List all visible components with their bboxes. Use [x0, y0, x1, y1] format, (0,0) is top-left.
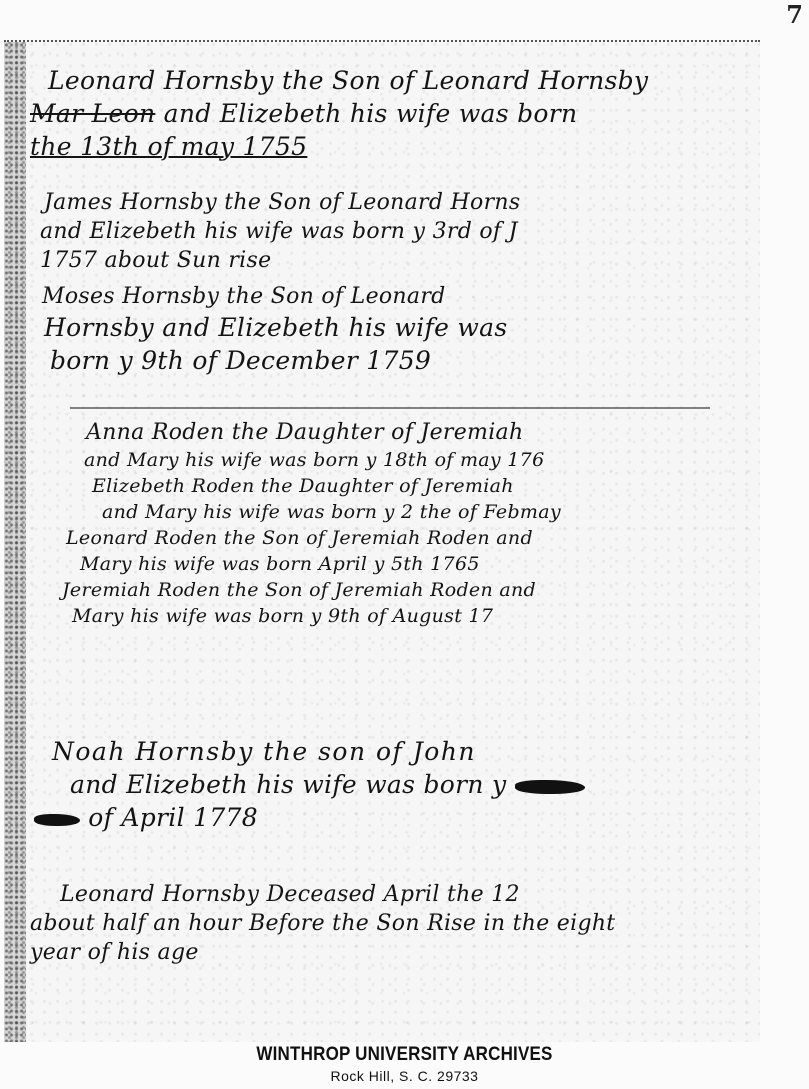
entry-line-text: of April 1778 — [88, 803, 258, 832]
entry-line: and Elizebeth his wife was born y 3rd of… — [30, 217, 750, 246]
entry-line: Noah Hornsby the son of John — [30, 735, 750, 768]
register-entry-leonard-hornsby-death: Leonard Hornsby Deceased April the 12 ab… — [30, 880, 750, 967]
register-entry-leonard-hornsby: Leonard Hornsby the Son of Leonard Horns… — [30, 64, 750, 163]
entry-line-text: and Elizebeth his wife was born y — [70, 770, 506, 799]
struck-text: Mar Leon — [30, 99, 155, 128]
entry-line: of April 1778 — [30, 801, 750, 834]
entry-line: 1757 about Sun rise — [30, 246, 750, 275]
entry-line: Hornsby and Elizebeth his wife was — [30, 311, 750, 344]
entry-line: Leonard Hornsby the Son of Leonard Horns… — [30, 64, 750, 97]
entry-line: born y 9th of December 1759 — [30, 344, 750, 377]
entry-line: Mar Leon and Elizebeth his wife was born — [30, 97, 750, 130]
entry-line: Mary his wife was born April y 5th 1765 — [30, 551, 750, 577]
register-entry-roden-children: Anna Roden the Daughter of Jeremiah and … — [30, 418, 750, 629]
register-entry-james-hornsby: James Hornsby the Son of Leonard Horns a… — [30, 188, 750, 275]
entry-line-text: and Elizebeth his wife was born — [164, 99, 578, 128]
entry-line: Anna Roden the Daughter of Jeremiah — [30, 418, 750, 447]
divider-line — [70, 407, 710, 409]
entry-line: Moses Hornsby the Son of Leonard — [30, 282, 750, 311]
register-entry-noah-hornsby: Noah Hornsby the son of John and Elizebe… — [30, 735, 750, 834]
ink-blot — [34, 814, 80, 826]
entry-line: Elizebeth Roden the Daughter of Jeremiah — [30, 473, 750, 499]
entry-line: about half an hour Before the Son Rise i… — [30, 909, 750, 938]
entry-line: Jeremiah Roden the Son of Jeremiah Roden… — [30, 577, 750, 603]
entry-line: James Hornsby the Son of Leonard Horns — [30, 188, 750, 217]
entry-line: and Mary his wife was born y 18th of may… — [30, 447, 750, 473]
archive-stamp-address: Rock Hill, S. C. 29733 — [0, 1068, 809, 1084]
entry-line: and Mary his wife was born y 2 the of Fe… — [30, 499, 750, 525]
entry-line: Leonard Hornsby Deceased April the 12 — [30, 880, 750, 909]
entry-line: Leonard Roden the Son of Jeremiah Roden … — [30, 525, 750, 551]
archive-stamp-name: WINTHROP UNIVERSITY ARCHIVES — [0, 1043, 809, 1066]
entry-line: the 13th of may 1755 — [30, 130, 307, 163]
entry-line: Mary his wife was born y 9th of August 1… — [30, 603, 750, 629]
ink-blot — [515, 780, 585, 794]
register-entry-moses-hornsby: Moses Hornsby the Son of Leonard Hornsby… — [30, 282, 750, 377]
entry-line: and Elizebeth his wife was born y — [30, 768, 750, 801]
scanned-page: 7 Leonard Hornsby the Son of Leonard Hor… — [0, 0, 809, 1089]
page-number: 7 — [786, 0, 803, 29]
entry-line: year of his age — [30, 938, 750, 967]
